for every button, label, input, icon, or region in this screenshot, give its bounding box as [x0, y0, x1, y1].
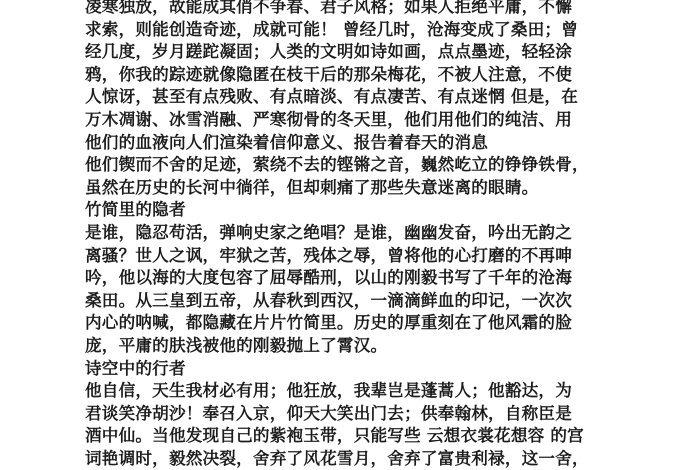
text-line: 鸦，你我的踪迹就像隐匿在枝干后的那朵梅花，不被人注意，不使 — [85, 64, 610, 87]
text-line: 虽然在历史的长河中徜徉，但却刺痛了那些失意迷离的眼睛。 — [85, 177, 610, 200]
text-line: 内心的呐喊，都隐藏在片片竹简里。历史的厚重刻在了他风霜的脸 — [85, 312, 610, 335]
text-line: 吟，他以海的大度包容了屈辱酷刑，以山的刚毅书写了千年的沧海 — [85, 267, 610, 290]
text-line: 是谁，隐忍苟活，弹响史家之绝唱？是谁，幽幽发奋，吟出无韵之 — [85, 222, 610, 245]
text-line: 他们的血液向人们渲染着信仰意义、报告着春天的消息 — [85, 132, 610, 155]
text-line: 桑田。从三皇到五帝，从春秋到西汉，一滴滴鲜血的印记，一次次 — [85, 290, 610, 313]
text-line: 庞，平庸的肤浅被他的刚毅抛上了霄汉。 — [85, 335, 610, 358]
text-line: 词艳调时，毅然决裂，舍弃了风花雪月，舍弃了富贵利禄，这一舍， — [85, 448, 610, 470]
text-line: 离骚？世人之讽，牢狱之苦，残体之辱，曾将他的心打磨的不再呻 — [85, 245, 610, 268]
text-line: 人惊讶，甚至有点残败、有点暗淡、有点凄苦、有点迷惘 但是，在 — [85, 86, 610, 109]
text-line: 他自信，天生我材必有用；他狂放，我辈岂是蓬蒿人；他豁达，为 — [85, 380, 610, 403]
document-body: 凌寒独放，故能成其俏不争春、君子风格；如果人拒绝平庸，不懈 求索，则能创造奇迹，… — [85, 0, 610, 470]
text-line: 他们锲而不舍的足迹，萦绕不去的铿锵之音，巍然屹立的铮铮铁骨， — [85, 154, 610, 177]
section-heading: 竹简里的隐者 — [85, 199, 610, 222]
text-line: 酒中仙。当他发现自己的紫袍玉带，只能写些 云想衣裳花想容 的宫 — [85, 425, 610, 448]
text-line: 君谈笑净胡沙！奉召入京，仰天大笑出门去；供奉翰林，自称臣是 — [85, 403, 610, 426]
text-line: 求索，则能创造奇迹，成就可能！ 曾经几时，沧海变成了桑田；曾 — [85, 19, 610, 42]
text-line: 经几度，岁月蹉跎凝固；人类的文明如诗如画，点点墨迹，轻轻涂 — [85, 41, 610, 64]
text-line: 凌寒独放，故能成其俏不争春、君子风格；如果人拒绝平庸，不懈 — [85, 0, 610, 19]
section-heading: 诗空中的行者 — [85, 358, 610, 381]
text-line: 万木凋谢、冰雪消融、严寒彻骨的冬天里，他们用他们的纯洁、用 — [85, 109, 610, 132]
